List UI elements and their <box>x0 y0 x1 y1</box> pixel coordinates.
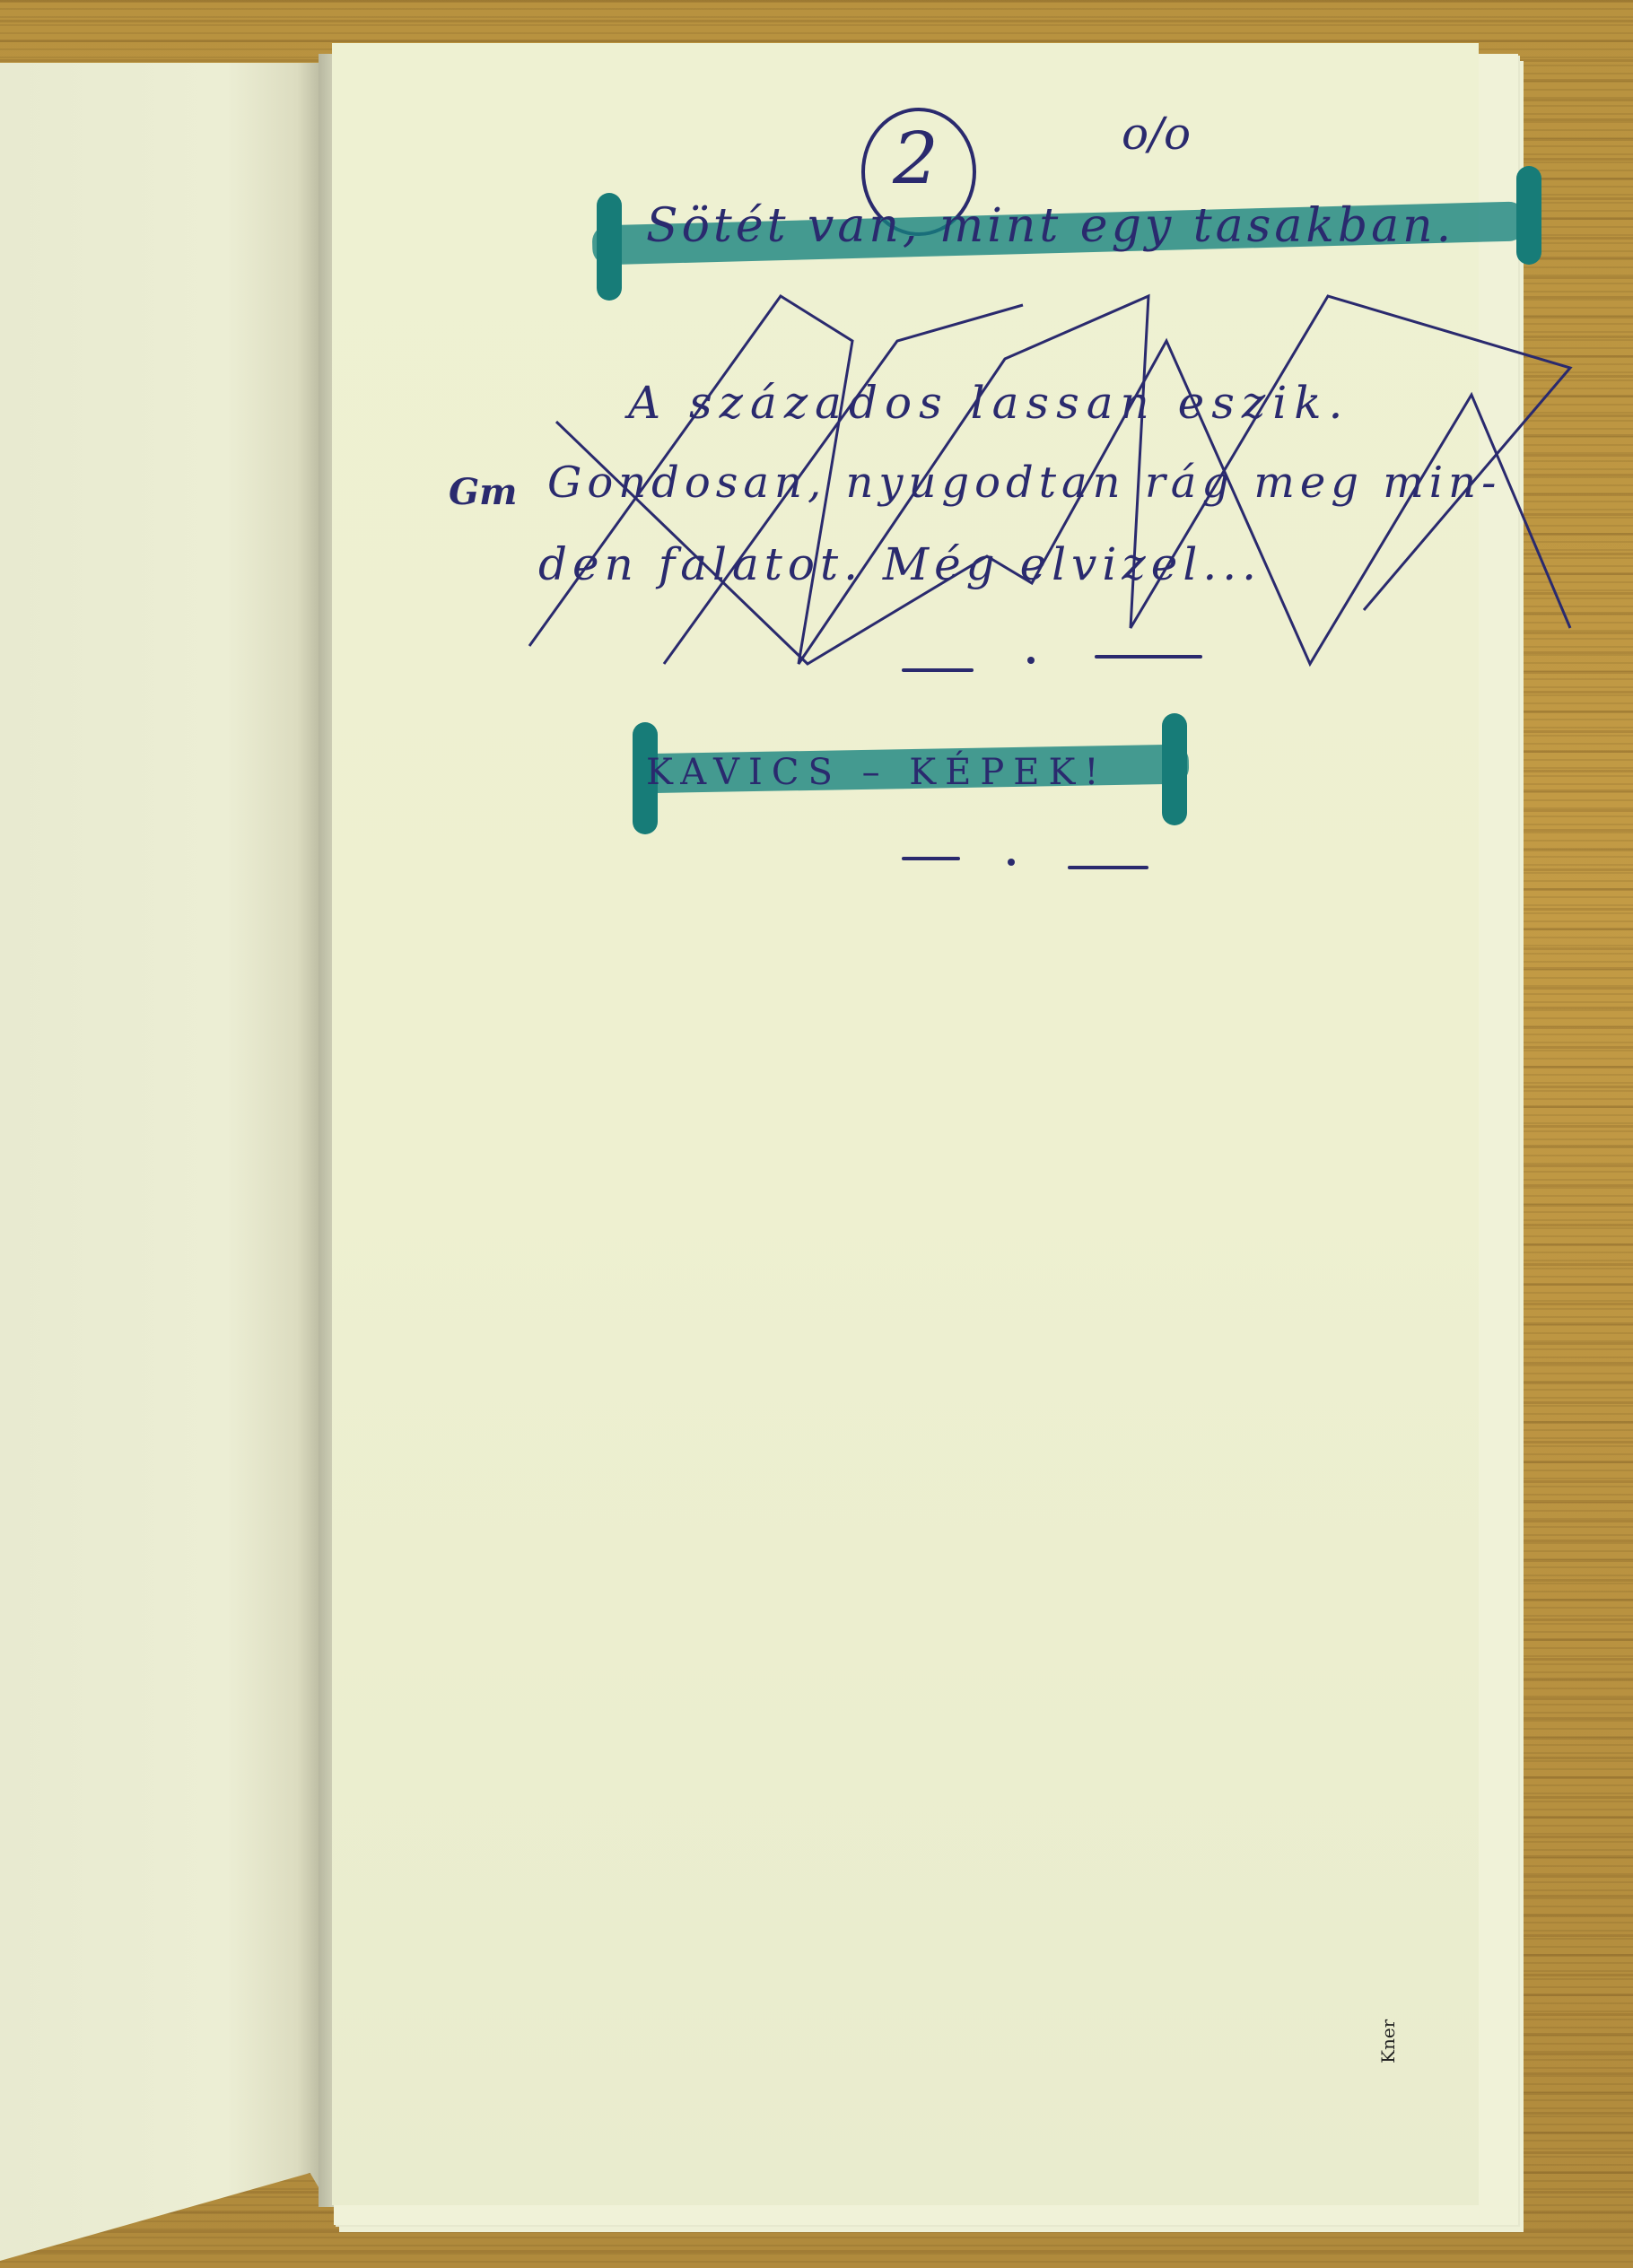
heading-1-left-cap <box>597 193 622 301</box>
separator-1-dot <box>1027 657 1035 664</box>
heading-1-right-cap <box>1516 166 1541 265</box>
heading-2-right-cap <box>1162 713 1187 825</box>
heading-1: Sötét van, mint egy tasakban. <box>646 199 1454 253</box>
separator-1-right <box>1095 655 1202 659</box>
separator-1-left <box>902 668 974 672</box>
separator-2-dot <box>1008 859 1015 866</box>
left-page <box>0 63 323 2261</box>
page-number: 2 <box>893 117 939 200</box>
heading-2: KAVICS – KÉPEK! <box>646 752 1107 793</box>
printer-mark: Kner <box>1377 2019 1399 2063</box>
cross-out-zigzag-icon <box>502 287 1579 700</box>
top-mark: o/o <box>1122 108 1191 160</box>
separator-2-left <box>902 857 960 860</box>
separator-2-right <box>1068 866 1148 869</box>
